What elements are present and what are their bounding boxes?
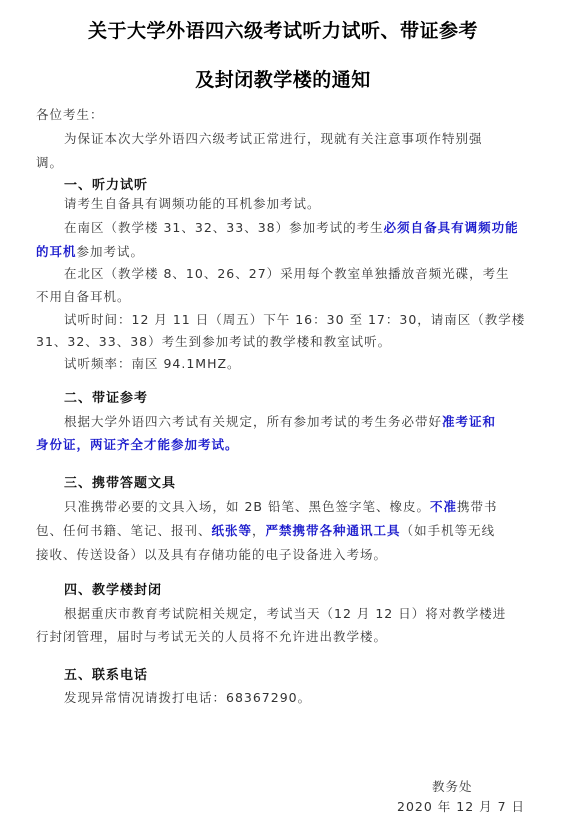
section-3-p3-line3: 接收、传送设备）以及具有存储功能的电子设备进入考场。	[36, 547, 387, 563]
section-3-p1-text-cont: 携带书	[457, 499, 498, 514]
intro-line-1: 为保证本次大学外语四六级考试正常进行，现就有关注意事项作特别强	[64, 131, 483, 147]
section-2-p1-line2: 身份证，两证齐全才能参加考试。	[36, 437, 239, 453]
section-2-p1-line1: 根据大学外语四六考试有关规定，所有参加考试的考生务必带好准考证和	[64, 414, 496, 430]
section-5-p1: 发现异常情况请拨打电话：68367290。	[64, 690, 311, 706]
section-4-p1-line1: 根据重庆市教育考试院相关规定，考试当天（12 月 12 日）将对教学楼进	[64, 606, 506, 622]
section-1-p2-text: 在南区（教学楼 31、32、33、38）参加考试的考生	[64, 220, 384, 235]
section-4-heading: 四、教学楼封闭	[64, 583, 162, 599]
section-4-p1-line2: 行封闭管理，届时与考试无关的人员将不允许进出教学楼。	[36, 629, 387, 645]
section-3-p2-sep: ，	[252, 523, 266, 538]
section-1-p3-line1: 在北区（教学楼 8、10、26、27）采用每个教室单独播放音频光碟，考生	[64, 266, 510, 282]
section-2-heading: 二、带证参考	[64, 391, 148, 407]
signature-date: 2020 年 12 月 7 日	[397, 797, 525, 815]
section-1-p2-text-cont: 参加考试。	[77, 244, 145, 259]
document-title-line-1: 关于大学外语四六级考试听力试听、带证参考	[0, 16, 566, 43]
section-1-p4-line2: 31、32、33、38）考生到参加考试的教学楼和教室试听。	[36, 334, 391, 350]
section-2-p1-text: 根据大学外语四六考试有关规定，所有参加考试的考生务必带好	[64, 414, 442, 429]
section-1-p2-emphasis-cont: 的耳机	[36, 244, 77, 259]
section-3-p2-text-cont: （如手机等无线	[401, 523, 496, 538]
section-3-p2-emphasis-1: 纸张等	[212, 523, 253, 538]
section-5-heading: 五、联系电话	[64, 668, 148, 684]
salutation: 各位考生：	[36, 107, 104, 123]
section-2-p1-emphasis: 准考证和	[442, 414, 496, 429]
section-1-p2-line2: 的耳机参加考试。	[36, 244, 144, 260]
section-1-heading: 一、听力试听	[64, 178, 148, 194]
section-3-p1-text: 只准携带必要的文具入场，如 2B 铅笔、黑色签字笔、橡皮。	[64, 499, 430, 514]
section-1-p3-line2: 不用自备耳机。	[36, 289, 131, 305]
section-3-heading: 三、携带答题文具	[64, 476, 176, 492]
section-1-p2-line1: 在南区（教学楼 31、32、33、38）参加考试的考生必须自备具有调频功能	[64, 220, 519, 236]
section-3-p1-emphasis: 不准	[430, 499, 457, 514]
document-title-line-2: 及封闭教学楼的通知	[0, 65, 566, 92]
section-1-p1: 请考生自备具有调频功能的耳机参加考试。	[64, 196, 321, 212]
intro-line-2: 调。	[36, 155, 63, 171]
section-1-p5: 试听频率：南区 94.1MHZ。	[64, 356, 241, 372]
section-1-p2-emphasis: 必须自备具有调频功能	[384, 220, 519, 235]
signature-office: 教务处	[432, 777, 473, 795]
section-3-p2-line2: 包、任何书籍、笔记、报刊、纸张等，严禁携带各种通讯工具（如手机等无线	[36, 523, 495, 539]
section-2-p1-emphasis-cont: 身份证，两证齐全才能参加考试。	[36, 437, 239, 452]
section-3-p2-emphasis-2: 严禁携带各种通讯工具	[266, 523, 401, 538]
section-1-p4-line1: 试听时间：12 月 11 日（周五）下午 16：30 至 17：30，请南区（教…	[64, 312, 525, 328]
section-3-p2-text: 包、任何书籍、笔记、报刊、	[36, 523, 212, 538]
section-3-p1-line1: 只准携带必要的文具入场，如 2B 铅笔、黑色签字笔、橡皮。不准携带书	[64, 499, 498, 515]
